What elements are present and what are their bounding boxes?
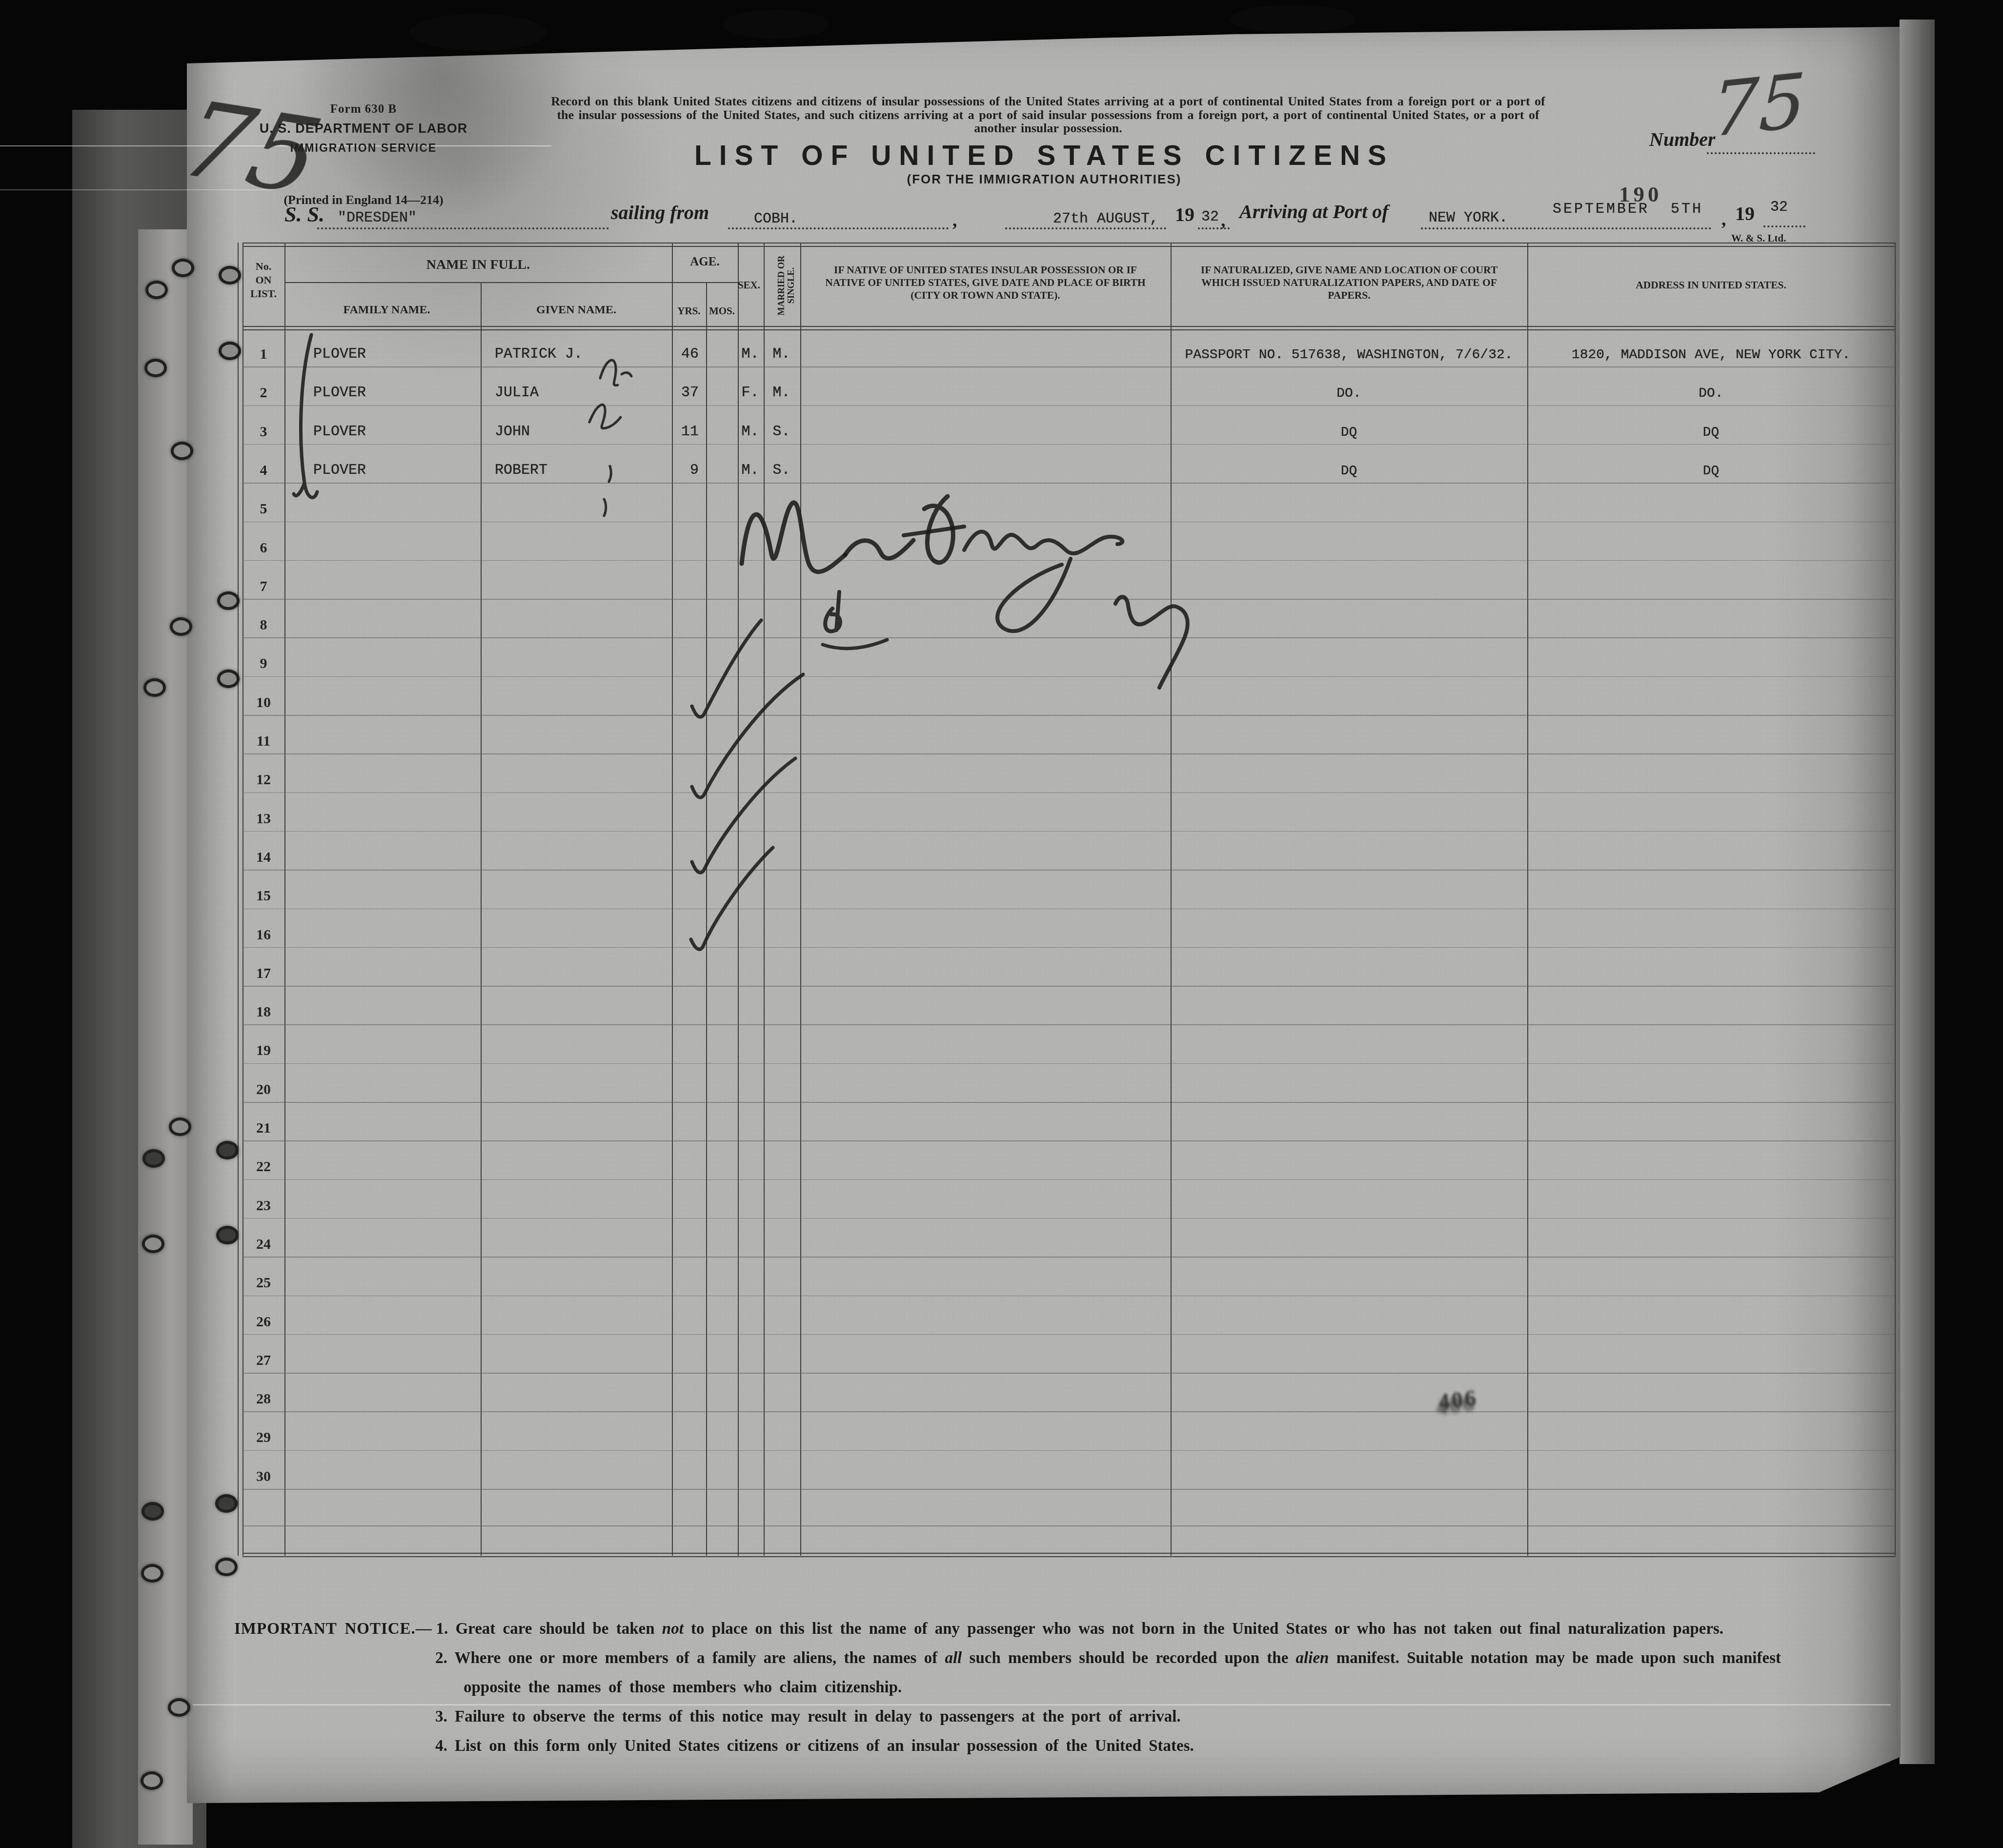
scan-artifact xyxy=(1230,5,1356,33)
row-number: 14 xyxy=(243,849,284,866)
notice-text: Great care should be taken xyxy=(455,1620,662,1638)
departure-date-line xyxy=(1005,227,1166,229)
punch-hole xyxy=(142,1235,164,1253)
ship-name-line xyxy=(317,227,609,229)
notice-item: 4. List on this form only United States … xyxy=(435,1731,1840,1761)
punch-hole xyxy=(144,359,167,377)
table-row: 17 xyxy=(0,947,2003,986)
married-single-value: M. xyxy=(764,385,799,401)
sex-value: M. xyxy=(738,346,763,363)
notice-item-number: 2. xyxy=(435,1649,454,1667)
col-header-native: IF NATIVE OF UNITED STATES INSULAR POSSE… xyxy=(816,264,1155,302)
address-value: DQ xyxy=(1528,464,1894,479)
punch-hole xyxy=(142,1502,164,1521)
naturalization-value: PASSPORT NO. 517638, WASHINGTON, 7/6/32. xyxy=(1172,347,1526,363)
notice-text: not xyxy=(662,1620,684,1638)
notice-item-number: 1. xyxy=(436,1620,455,1638)
age-yrs-value: 37 xyxy=(668,385,699,401)
smudged-stamp: 406 xyxy=(1437,1384,1479,1415)
notice-text: Where one or more members of a family ar… xyxy=(454,1649,945,1667)
punch-hole xyxy=(145,281,168,299)
printed-comma: , xyxy=(1221,210,1226,231)
table-row: 19 xyxy=(0,1024,2003,1063)
table-row: 18 xyxy=(0,986,2003,1024)
married-single-value: S. xyxy=(764,462,799,479)
row-number: 1 xyxy=(243,346,284,363)
row-number: 21 xyxy=(243,1120,284,1137)
notice-text: to place on this list the name of any pa… xyxy=(684,1620,1723,1638)
ship-name-value: "DRESDEN" xyxy=(338,210,417,226)
table-row: 29 xyxy=(0,1411,2003,1450)
family-name-value: PLOVER xyxy=(313,424,479,440)
form-title: LIST OF UNITED STATES CITIZENS xyxy=(190,140,1898,172)
table-row: 12 xyxy=(0,753,2003,792)
notice-item-number: 3. xyxy=(435,1708,455,1726)
col-header-naturalized: IF NATURALIZED, GIVE NAME AND LOCATION O… xyxy=(1191,264,1508,302)
punch-hole xyxy=(170,617,192,636)
handwritten-sheet-number: 75 xyxy=(1710,57,1807,154)
row-number: 15 xyxy=(243,888,284,904)
notice-item-number: 4. xyxy=(435,1737,455,1755)
notice-text: such members should be recorded upon the xyxy=(962,1649,1295,1667)
scan-artifact xyxy=(410,14,546,51)
punch-hole xyxy=(142,1149,165,1168)
row-number: 26 xyxy=(243,1314,284,1330)
row-number: 18 xyxy=(243,1004,284,1020)
punch-hole xyxy=(217,670,240,688)
table-row: 24 xyxy=(0,1218,2003,1257)
punch-hole xyxy=(216,1226,239,1244)
naturalization-value: DQ xyxy=(1172,464,1526,479)
row-number: 3 xyxy=(243,424,284,440)
punch-hole xyxy=(216,1141,239,1159)
row-number: 8 xyxy=(243,617,284,633)
printed-year-19: 19 xyxy=(1175,203,1194,226)
col-header-address: ADDRESS IN UNITED STATES. xyxy=(1527,279,1895,291)
pen-bracket-stroke xyxy=(292,331,326,511)
arrival-date-value: SEPTEMBER 5TH xyxy=(1553,201,1703,218)
notice-text: Failure to observe the terms of this not… xyxy=(455,1708,1181,1726)
printed-comma: , xyxy=(952,210,957,231)
naturalization-value: DQ xyxy=(1172,425,1526,440)
row-number: 13 xyxy=(243,811,284,827)
row-number: 30 xyxy=(243,1468,284,1485)
notice-text: alien xyxy=(1296,1649,1329,1667)
row-number: 24 xyxy=(243,1236,284,1253)
row-number: 2 xyxy=(243,385,284,401)
scan-artifact xyxy=(722,10,830,39)
col-header-no-on-list: No.ONLIST. xyxy=(243,260,284,301)
row-number: 9 xyxy=(243,655,284,672)
address-value: 1820, MADDISON AVE, NEW YORK CITY. xyxy=(1528,347,1894,363)
punch-hole xyxy=(215,1494,238,1513)
table-row: 23 xyxy=(0,1179,2003,1218)
naturalization-value: DO. xyxy=(1172,386,1526,401)
row-number: 12 xyxy=(243,772,284,788)
table-row: 14 xyxy=(0,831,2003,870)
table-row: 22 xyxy=(0,1140,2003,1179)
punch-hole xyxy=(169,1117,191,1136)
arrival-year-value: 32 xyxy=(1770,199,1788,216)
row-number: 19 xyxy=(243,1042,284,1059)
row-number: 7 xyxy=(243,578,284,595)
arriving-at-port-label: Arriving at Port of xyxy=(1239,200,1389,223)
arrival-port-line xyxy=(1421,227,1711,229)
col-header-age: AGE. xyxy=(672,255,738,269)
punch-hole xyxy=(171,442,193,460)
table-bottom-rule xyxy=(243,1556,1896,1557)
age-yrs-value: 11 xyxy=(668,424,699,440)
header-bottom-rule xyxy=(243,326,1896,327)
notice-item: 2. Where one or more members of a family… xyxy=(435,1644,1840,1702)
table-row: 28 xyxy=(0,1373,2003,1411)
family-name-value: PLOVER xyxy=(313,385,479,401)
printed-comma: , xyxy=(1721,209,1726,230)
notice-item: IMPORTANT NOTICE.— 1. Great care should … xyxy=(234,1614,1840,1644)
punch-hole xyxy=(141,1564,163,1583)
col-header-sex: SEX. xyxy=(734,279,764,291)
printed-year-19: 19 xyxy=(1735,202,1755,225)
notice-label: IMPORTANT NOTICE.— xyxy=(234,1620,436,1638)
notice-item: 3. Failure to observe the terms of this … xyxy=(435,1702,1840,1731)
form-instructions-paragraph: Record on this blank United States citiz… xyxy=(546,95,1551,135)
row-number: 23 xyxy=(243,1198,284,1214)
row-number: 27 xyxy=(243,1352,284,1369)
row-number: 17 xyxy=(243,965,284,982)
row-number: 16 xyxy=(243,927,284,943)
col-header-mos: MOS. xyxy=(706,305,738,317)
row-number: 29 xyxy=(243,1429,284,1446)
table-row: 15 xyxy=(0,870,2003,908)
punch-hole xyxy=(219,266,241,284)
departure-year-value: 32 xyxy=(1201,209,1219,225)
punch-hole xyxy=(219,342,241,360)
table-bottom-rule xyxy=(243,1553,1896,1554)
row-number: 22 xyxy=(243,1158,284,1175)
table-row: 20 xyxy=(0,1063,2003,1102)
col-header-name-in-full: NAME IN FULL. xyxy=(284,257,672,273)
row-rule xyxy=(243,1525,1895,1526)
table-row: 16 xyxy=(0,909,2003,947)
table-row: 11 xyxy=(0,715,2003,753)
scanned-manifest-page: Form 630 B U. S. DEPARTMENT OF LABOR IMM… xyxy=(0,0,2003,1848)
family-name-value: PLOVER xyxy=(313,462,479,479)
table-row: 30 xyxy=(0,1450,2003,1489)
notice-text: all xyxy=(945,1649,962,1667)
row-number: 28 xyxy=(243,1391,284,1407)
sex-value: M. xyxy=(738,462,763,479)
pen-squiggle-marks xyxy=(581,344,649,520)
table-row: 26 xyxy=(0,1296,2003,1334)
sailing-from-label: sailing from xyxy=(611,201,709,224)
row-number: 20 xyxy=(243,1081,284,1098)
number-label: Number xyxy=(1649,128,1716,151)
table-row: 27 xyxy=(0,1334,2003,1373)
inspector-signature-handwriting xyxy=(727,481,1274,690)
address-value: DO. xyxy=(1528,386,1894,401)
departure-port-value: COBH. xyxy=(754,211,798,227)
row-rule xyxy=(243,1489,1895,1490)
row-number: 10 xyxy=(243,694,284,711)
table-top-rule xyxy=(243,246,1896,247)
punch-hole xyxy=(215,1558,238,1576)
year-line xyxy=(1763,225,1805,227)
name-age-subheader-rule xyxy=(284,282,738,283)
notice-text: List on this form only United States cit… xyxy=(455,1737,1194,1755)
arrival-port-value: NEW YORK. xyxy=(1429,210,1508,226)
col-header-yrs: YRS. xyxy=(672,305,706,317)
row-number: 25 xyxy=(243,1275,284,1291)
col-header-married-or-single: MARRIED OR SINGLE. xyxy=(777,244,796,327)
departure-port-line xyxy=(728,227,949,229)
table-row: 21 xyxy=(0,1102,2003,1140)
married-single-value: M. xyxy=(764,346,799,363)
col-header-given-name: GIVEN NAME. xyxy=(481,304,672,317)
table-top-rule xyxy=(243,243,1896,244)
married-single-value: S. xyxy=(764,424,799,440)
punch-hole xyxy=(143,678,166,697)
table-row: 13 xyxy=(0,792,2003,831)
address-value: DQ xyxy=(1528,425,1894,440)
sex-value: M. xyxy=(738,424,763,440)
ss-label: S. S. xyxy=(284,202,324,227)
row-number: 11 xyxy=(243,733,284,750)
table-row: 25 xyxy=(0,1257,2003,1295)
departure-date-value: 27th AUGUST, xyxy=(1053,211,1158,227)
important-notice-block: IMPORTANT NOTICE.— 1. Great care should … xyxy=(234,1614,1840,1761)
col-header-family-name: FAMILY NAME. xyxy=(293,304,481,317)
row-number: 4 xyxy=(243,462,284,479)
punch-hole xyxy=(172,259,194,277)
punch-hole xyxy=(217,591,240,610)
sex-value: F. xyxy=(738,385,763,401)
family-name-value: PLOVER xyxy=(313,346,479,363)
age-yrs-value: 9 xyxy=(668,462,699,479)
age-yrs-value: 46 xyxy=(668,346,699,363)
row-number: 6 xyxy=(243,540,284,556)
punch-hole xyxy=(141,1771,163,1790)
punch-hole xyxy=(168,1698,190,1717)
row-number: 5 xyxy=(243,501,284,517)
